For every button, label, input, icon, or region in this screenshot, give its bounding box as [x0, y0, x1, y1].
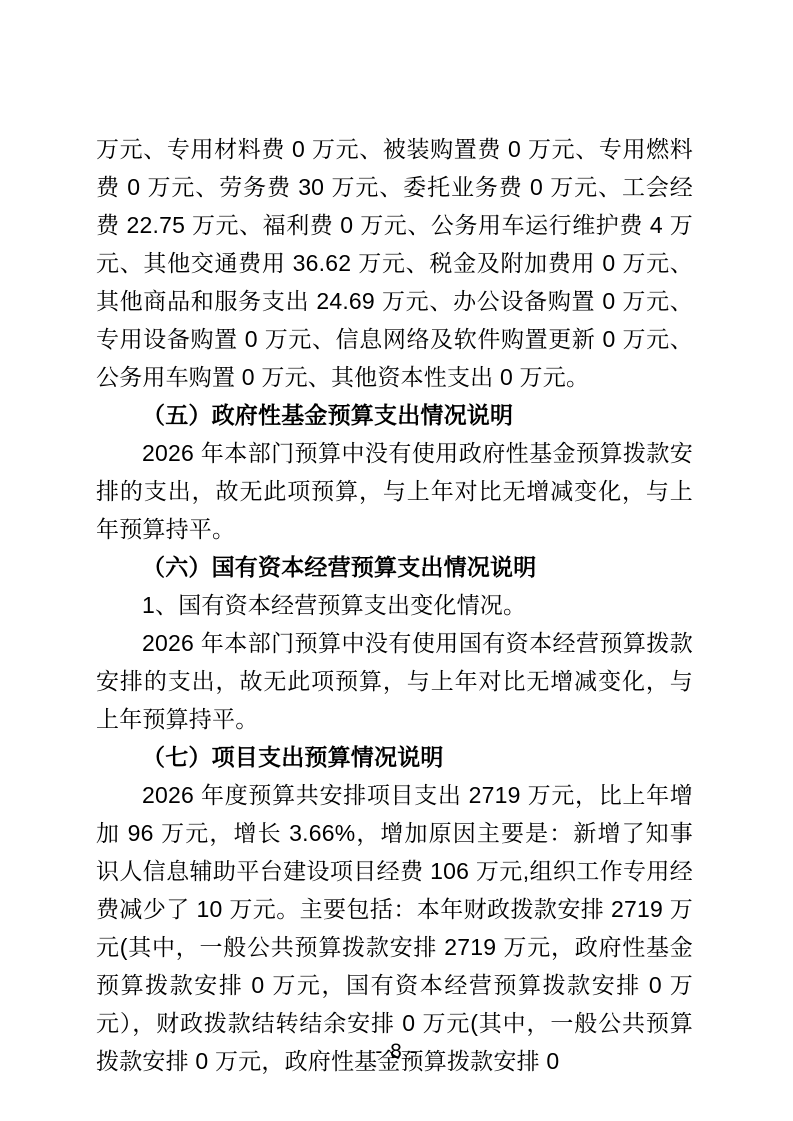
section-heading-7-project-expenditure-budget: （七）项目支出预算情况说明 [96, 738, 693, 776]
paragraph-project-expenditure-explanation: 2026 年度预算共安排项目支出 2719 万元，比上年增加 96 万元，增长 … [96, 776, 693, 1080]
paragraph-government-fund-explanation: 2026 年本部门预算中没有使用政府性基金预算拨款安排的支出，故无此项预算，与上… [96, 434, 693, 548]
paragraph-state-capital-change-intro: 1、国有资本经营预算支出变化情况。 [96, 586, 693, 624]
section-heading-5-government-fund-budget: （五）政府性基金预算支出情况说明 [96, 396, 693, 434]
section-heading-6-state-capital-budget: （六）国有资本经营预算支出情况说明 [96, 548, 693, 586]
document-body: 万元、专用材料费 0 万元、被装购置费 0 万元、专用燃料费 0 万元、劳务费 … [96, 130, 693, 1080]
document-page: 万元、专用材料费 0 万元、被装购置费 0 万元、专用燃料费 0 万元、劳务费 … [0, 0, 793, 1121]
paragraph-state-capital-explanation: 2026 年本部门预算中没有使用国有资本经营预算拨款安排的支出，故无此项预算，与… [96, 624, 693, 738]
paragraph-expense-breakdown-continued: 万元、专用材料费 0 万元、被装购置费 0 万元、专用燃料费 0 万元、劳务费 … [96, 130, 693, 396]
page-number: - 8 - [0, 1038, 793, 1066]
